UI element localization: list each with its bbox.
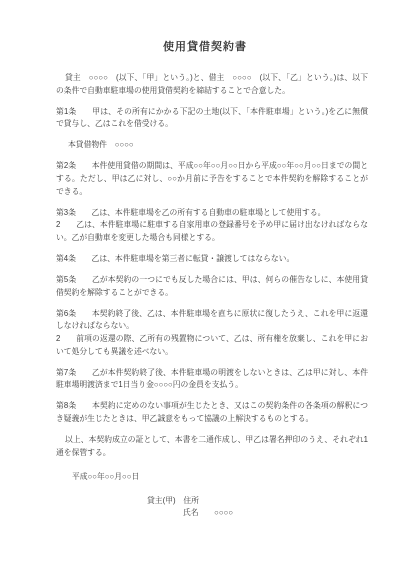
article-6: 第6条 本契約終了後、乙は、本件駐車場を直ちに原状に復したうえ、これを甲に返還し… <box>56 308 368 358</box>
intro-paragraph: 貸主 ○○○○ (以下、「甲」という。)と、借主 ○○○○ (以下、「乙」という… <box>56 72 368 97</box>
article-8: 第8条 本契約に定めのない事項が生じたとき、又はこの契約条件の各条項の解釈につき… <box>56 400 368 425</box>
article-3: 第3条 乙は、本件駐車場を乙の所有する自動車の駐車場として使用する。 2 乙は、… <box>56 207 368 245</box>
signature-party-line: 貸主(甲) 住所 <box>56 495 368 508</box>
property-line: 本貸借物件 ○○○○ <box>56 139 368 152</box>
article-1: 第1条 甲は、その所有にかかる下記の土地(以下、「本件駐車場」という。)を乙に無… <box>56 106 368 131</box>
contract-document: 使用貸借契約書 貸主 ○○○○ (以下、「甲」という。)と、借主 ○○○○ (以… <box>0 0 410 580</box>
article-5: 第5条 乙が本契約の一つにでも反した場合には、甲は、何らの催告なしに、本使用貸借… <box>56 274 368 299</box>
article-2: 第2条 本件使用貸借の期間は、平成○○年○○月○○日から平成○○年○○月○○日ま… <box>56 160 368 198</box>
document-title: 使用貸借契約書 <box>49 38 361 54</box>
signature-name-line: 氏名 ○○○○ <box>56 507 368 520</box>
article-4: 第4条 乙は、本件駐車場を第三者に転貸・譲渡してはならない。 <box>56 253 368 266</box>
closing-paragraph: 以上、本契約成立の証として、本書を二通作成し、甲乙は署名押印のうえ、それぞれ1通… <box>56 434 368 459</box>
date-line: 平成○○年○○月○○日 <box>56 471 368 484</box>
contract-body: 貸主 ○○○○ (以下、「甲」という。)と、借主 ○○○○ (以下、「乙」という… <box>56 72 368 484</box>
signature-block: 貸主(甲) 住所 氏名 ○○○○ <box>56 495 368 520</box>
article-7: 第7条 乙が本件契約終了後、本件駐車場の明渡をしないときは、乙は甲に対し、本件駐… <box>56 367 368 392</box>
